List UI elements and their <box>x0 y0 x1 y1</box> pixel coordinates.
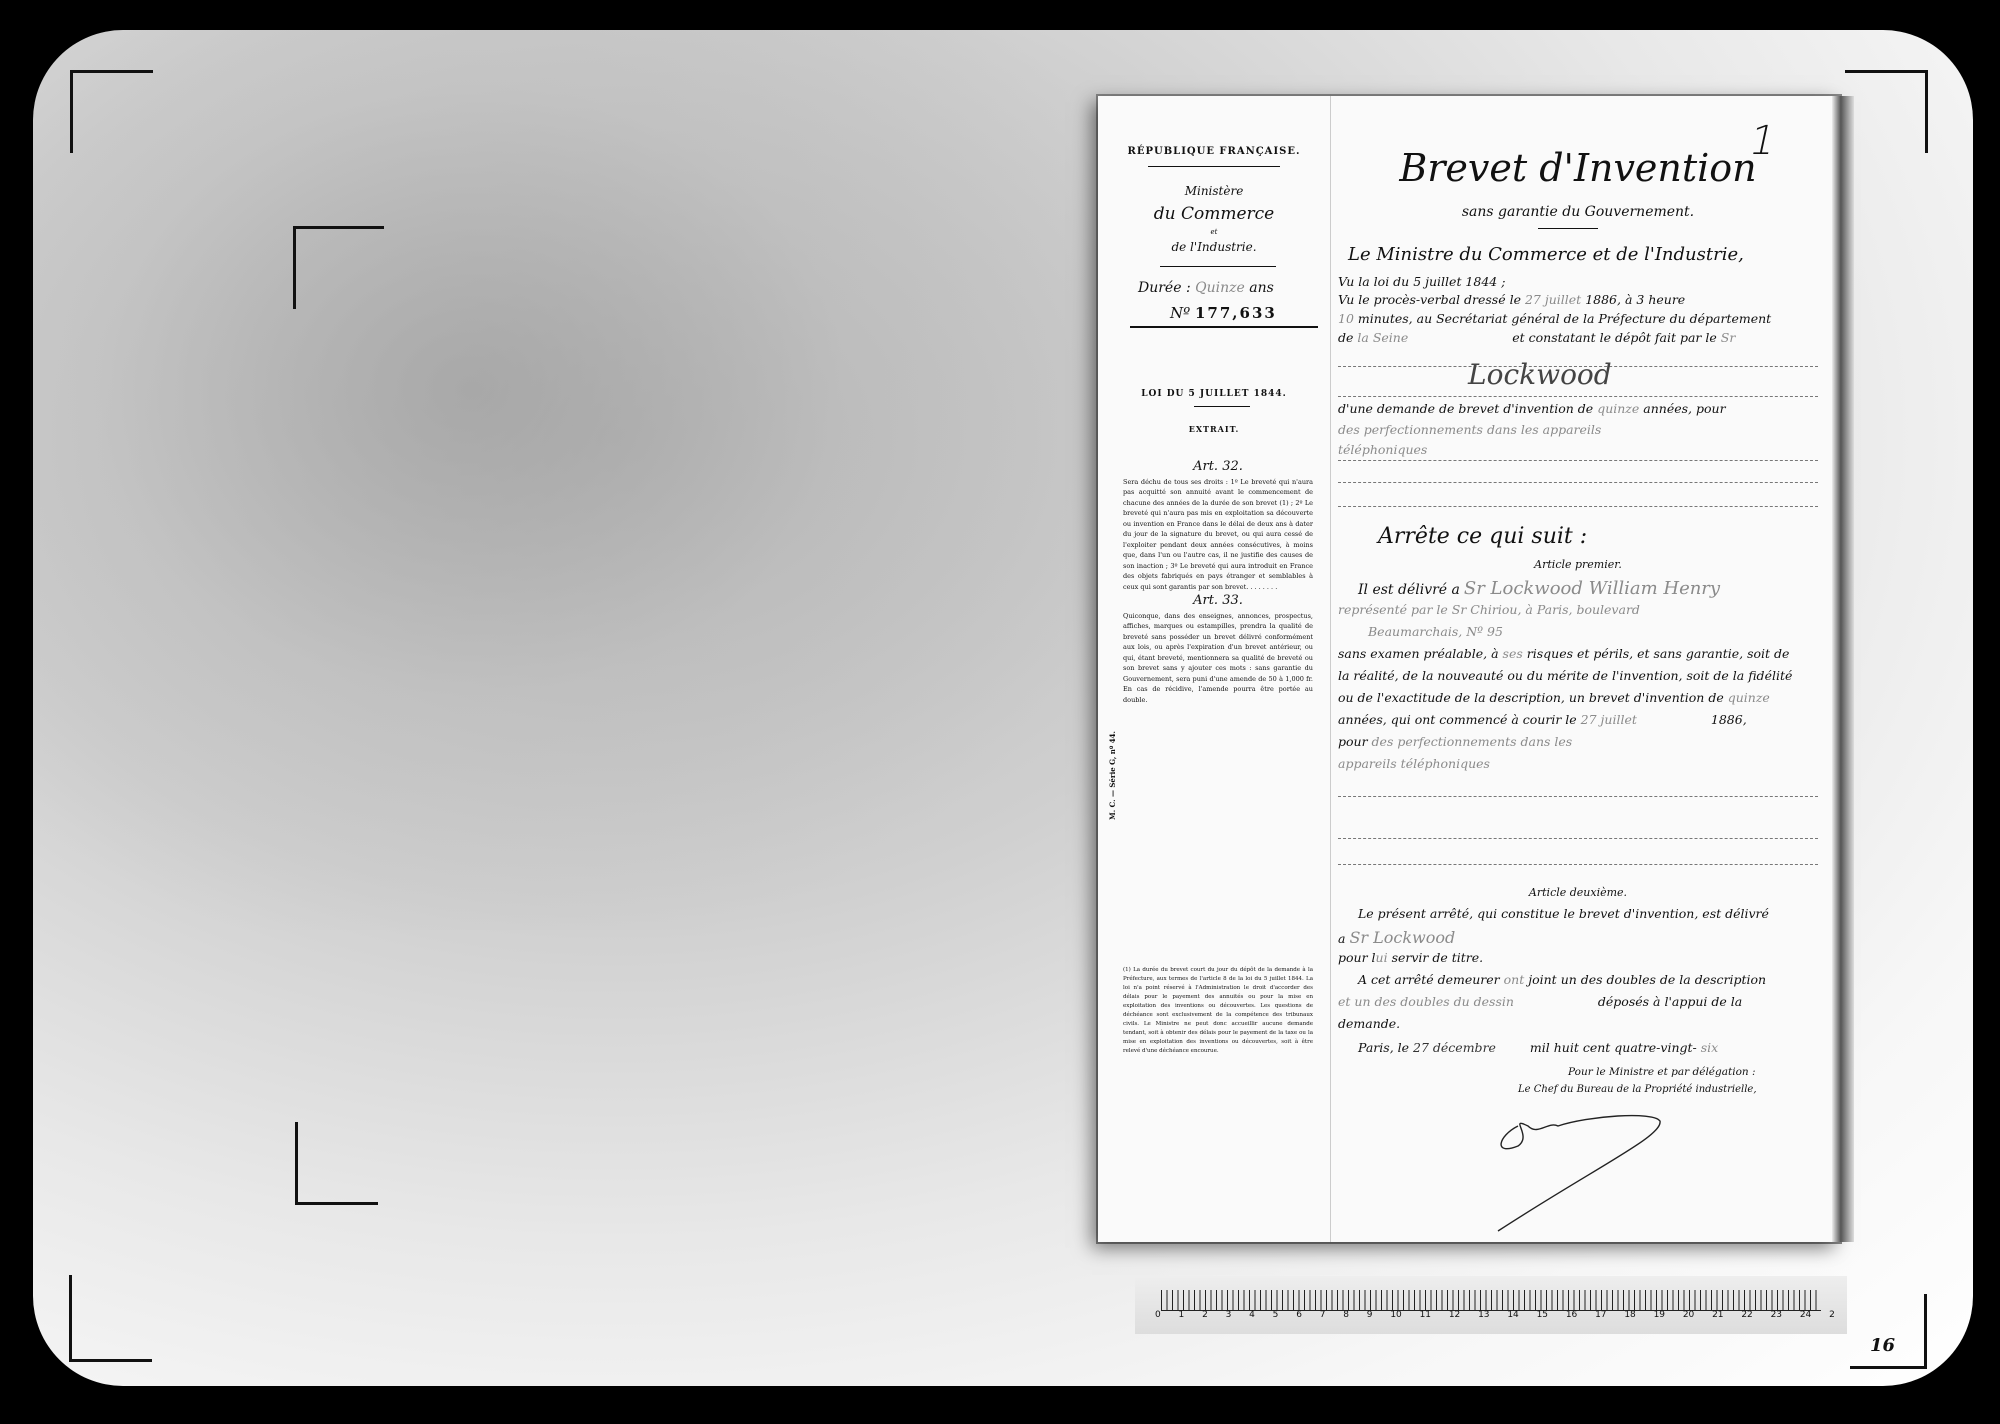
divider <box>1538 228 1598 229</box>
left-margin-column: RÉPUBLIQUE FRANÇAISE. Ministère du Comme… <box>1098 96 1330 1242</box>
form-line <box>1338 506 1818 507</box>
signature-icon <box>1478 1106 1678 1236</box>
form-line <box>1338 838 1818 839</box>
art33-text: Quiconque, dans des enseignes, annonces,… <box>1123 611 1313 706</box>
crop-mark-top-left <box>70 70 153 153</box>
art1-object-line1: pour des perfectionnements dans les <box>1338 734 1818 749</box>
extract-label: EXTRAIT. <box>1098 424 1330 434</box>
ministry-line4: de l'Industrie. <box>1098 240 1330 254</box>
invention-object-line2: téléphoniques <box>1338 442 1818 457</box>
ministry-line3: et <box>1098 228 1330 236</box>
art1-start-date: années, qui ont commencé à courir le 27 … <box>1338 712 1818 727</box>
form-line <box>1338 482 1818 483</box>
crop-mark-inner-bottom-left <box>295 1122 378 1205</box>
patent-number: Nº 177,633 <box>1170 304 1277 322</box>
art33-title: Art. 33. <box>1123 596 1313 607</box>
art2-title-line: pour lui servir de titre. <box>1338 950 1818 965</box>
date-line: Paris, le 27 décembre mil huit cent quat… <box>1338 1040 1838 1055</box>
article-deuxieme-title: Article deuxième. <box>1338 886 1818 899</box>
form-line <box>1338 396 1818 397</box>
ministry-line1: Ministère <box>1098 184 1330 198</box>
scale-ruler: 0123456789101112131415161718192021222324… <box>1135 1276 1847 1334</box>
art1-object-line2: appareils téléphoniques <box>1338 756 1818 771</box>
art1-text-c: la réalité, de la nouveauté ou du mérite… <box>1338 668 1818 683</box>
form-line <box>1338 796 1818 797</box>
art2-deposit-line: et un des doubles du dessin déposés à l'… <box>1338 994 1818 1009</box>
chief-line: Le Chef du Bureau de la Propriété indust… <box>1518 1084 1757 1095</box>
divider <box>1130 326 1318 328</box>
patent-document: RÉPUBLIQUE FRANÇAISE. Ministère du Comme… <box>1098 96 1840 1242</box>
arrete-heading: Arrête ce qui suit : <box>1378 524 1587 549</box>
invention-object-line1: des perfectionnements dans les appareils <box>1338 422 1818 437</box>
art32-title: Art. 32. <box>1123 462 1313 473</box>
duration-value: Quinze <box>1195 280 1245 296</box>
department-line: de la Seine et constatant le dépôt fait … <box>1338 330 1818 345</box>
art2-annex-line: A cet arrêté demeurer ont joint un des d… <box>1338 972 1838 987</box>
minutes-line: 10 minutes, au Secrétariat général de la… <box>1338 311 1818 326</box>
art1-text-d: ou de l'exactitude de la description, un… <box>1338 690 1818 705</box>
column-divider <box>1330 96 1331 1242</box>
footnote: (1) La durée du brevet court du jour du … <box>1123 966 1313 1056</box>
law-title: LOI DU 5 JUILLET 1844. <box>1098 389 1330 399</box>
crop-mark-bottom-left <box>69 1275 152 1362</box>
art1-recipient: Il est délivré a Sr Lockwood William Hen… <box>1338 578 1818 599</box>
demand-line: d'une demande de brevet d'invention de q… <box>1338 401 1818 416</box>
ministry-line2: du Commerce <box>1098 204 1330 224</box>
vu-proces-verbal: Vu le procès-verbal dressé le 27 juillet… <box>1338 292 1818 307</box>
divider <box>1148 166 1280 167</box>
vu-loi: Vu la loi du 5 juillet 1844 ; <box>1338 274 1818 289</box>
art1-address: Beaumarchais, Nº 95 <box>1338 624 1848 639</box>
art2-text: Le présent arrêté, qui constitue le brev… <box>1338 906 1838 921</box>
ruler-ticks <box>1161 1290 1821 1311</box>
art1-text-a: sans examen préalable, à ses risques et … <box>1338 646 1818 661</box>
sheet-number: 16 <box>1870 1335 1895 1356</box>
republic-heading: RÉPUBLIQUE FRANÇAISE. <box>1098 146 1330 157</box>
art32-block: Art. 32. Sera déchu de tous ses droits :… <box>1123 458 1313 705</box>
document-title: Brevet d'Invention <box>1338 146 1818 190</box>
art2-demande: demande. <box>1338 1016 1818 1031</box>
crop-mark-bottom-right <box>1850 1294 1927 1369</box>
form-line <box>1338 864 1818 865</box>
art1-representative: représenté par le Sr Chiriou, à Paris, b… <box>1338 602 1818 617</box>
minister-heading: Le Ministre du Commerce et de l'Industri… <box>1348 244 1744 265</box>
article-premier-title: Article premier. <box>1338 558 1818 571</box>
divider <box>1194 406 1250 407</box>
art2-recipient: a Sr Lockwood <box>1338 928 1818 947</box>
delegation-line: Pour le Ministre et par délégation : <box>1568 1066 1756 1078</box>
applicant-name: Lockwood <box>1468 358 1612 391</box>
crop-mark-top-right <box>1845 70 1928 153</box>
art32-text: Sera déchu de tous ses droits : 1º Le br… <box>1123 477 1313 593</box>
form-line <box>1338 460 1818 461</box>
divider <box>1160 266 1276 267</box>
main-column: Brevet d'Invention sans garantie du Gouv… <box>1338 96 1818 1242</box>
form-code: M. C. — Série G, nº 44. <box>1108 731 1117 820</box>
ruler-numbers: 0123456789101112131415161718192021222324… <box>1155 1310 1835 1320</box>
subtitle: sans garantie du Gouvernement. <box>1338 204 1818 220</box>
crop-mark-inner-top-left <box>293 226 384 309</box>
duration-field: Durée : Quinze ans <box>1138 280 1274 296</box>
